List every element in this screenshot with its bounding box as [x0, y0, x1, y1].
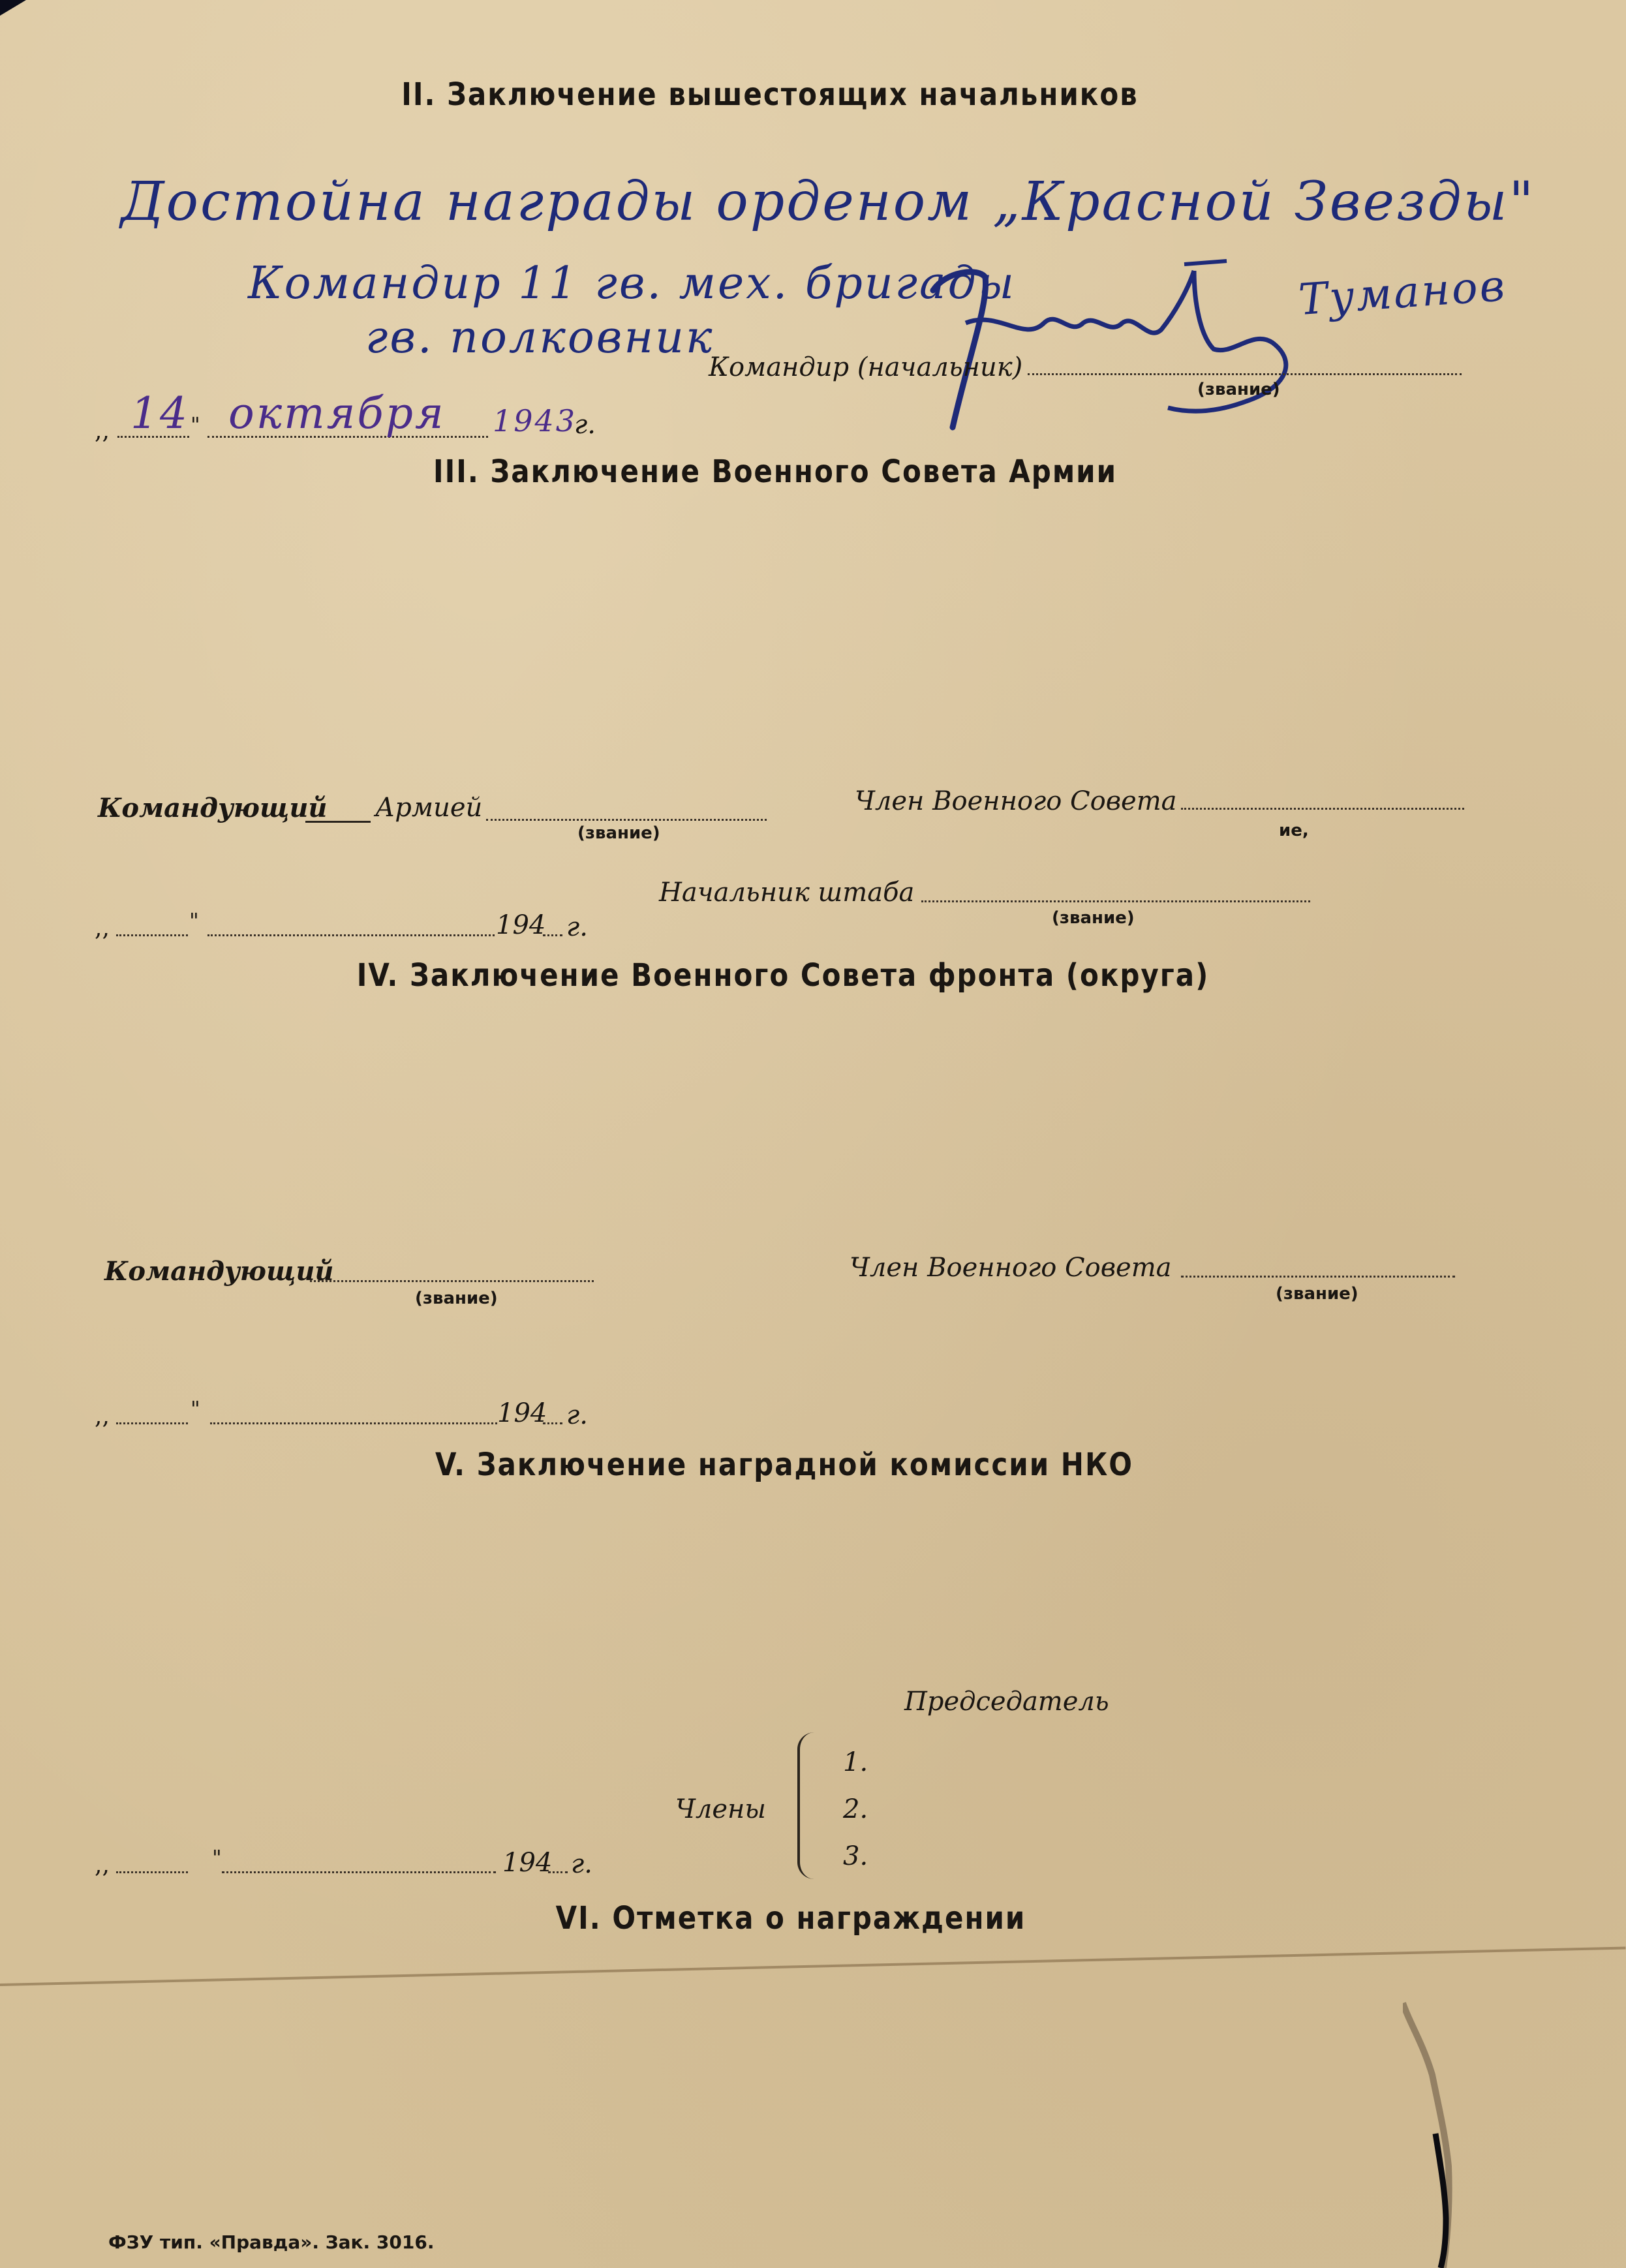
member-3-number: 3. [843, 1841, 868, 1871]
front-council-member-signature-line [1181, 1276, 1455, 1278]
date-open-quote: ,, [95, 1403, 110, 1430]
handwritten-signer-rank: гв. полковник [365, 312, 714, 363]
date-month-line [207, 934, 495, 936]
section-2-heading: II. Заключение вышестоящих начальников [401, 76, 1139, 112]
date-year: 194 [496, 910, 545, 940]
army-number-line [305, 821, 371, 823]
paper-tear [1403, 1984, 1475, 2268]
date-year-line [543, 1422, 562, 1424]
date-day-line [116, 1422, 188, 1424]
commander-rank-caption: (звание) [1197, 380, 1280, 399]
date-day-line [116, 934, 188, 936]
members-label: Члены [675, 1794, 766, 1824]
date-day: 14 [130, 388, 189, 438]
section-3-heading: III. Заключение Военного Совета Армии [433, 453, 1117, 489]
chief-of-staff-rank-caption: (звание) [1052, 908, 1135, 928]
date-suffix: г. [574, 410, 596, 440]
date-day-line [116, 1871, 188, 1873]
date-year-line [548, 1871, 568, 1873]
printer-imprint: ФЗУ тип. «Правда». Зак. 3016. [108, 2231, 434, 2253]
chairman-label: Председатель [904, 1687, 1109, 1717]
date-close-quote: " [189, 908, 199, 933]
date-month-line [210, 1422, 497, 1424]
date-year: 1943 [493, 403, 577, 438]
date-month: октября [228, 388, 446, 438]
council-member-label: Член Военного Совета [855, 786, 1176, 816]
date-suffix: г. [571, 1849, 592, 1879]
signature-icon [829, 251, 1481, 434]
council-member-signature-line [1181, 808, 1464, 810]
army-commander-signature-line [486, 819, 767, 821]
date-close-quote: " [191, 1396, 200, 1421]
commander-label: Командир (начальник) [709, 352, 1022, 382]
front-council-member-rank-caption: (звание) [1276, 1284, 1358, 1304]
chief-of-staff-signature-line [921, 900, 1310, 902]
date-year: 194 [502, 1848, 552, 1878]
date-suffix: г. [566, 912, 588, 942]
section-6-heading: VI. Отметка о награждении [556, 1899, 1026, 1936]
council-member-rank-fragment: ие, [1279, 821, 1309, 840]
date-open-quote: ,, [95, 915, 110, 942]
member-1-number: 1. [843, 1747, 868, 1777]
member-2-number: 2. [843, 1794, 868, 1824]
army-commander-rank-caption: (звание) [577, 823, 660, 843]
army-label: Армией [375, 793, 482, 823]
front-commander-rank-caption: (звание) [415, 1289, 498, 1308]
date-year: 194 [497, 1398, 547, 1428]
date-year-line [543, 934, 562, 936]
scan-corner-shadow [0, 0, 26, 16]
commander-signature-line [1028, 373, 1462, 375]
date-month-line [222, 1871, 496, 1873]
army-commander-label: Командующий [98, 793, 328, 823]
date-suffix: г. [566, 1400, 588, 1430]
date-open-quote: ,, [95, 418, 110, 444]
date-open-quote: ,, [95, 1852, 110, 1878]
section-4-heading: IV. Заключение Военного Совета фронта (о… [357, 957, 1210, 993]
chief-of-staff-label: Начальник штаба [659, 878, 914, 908]
date-close-quote: " [191, 412, 200, 437]
handwritten-conclusion: Достойна награды орденом „Красной Звезды… [121, 171, 1535, 233]
section-5-heading: V. Заключение наградной комиссии НКО [435, 1446, 1133, 1482]
date-close-quote: " [212, 1845, 222, 1870]
front-commander-signature-line [310, 1280, 594, 1282]
members-brace [797, 1732, 814, 1879]
front-commander-label: Командующий [104, 1256, 334, 1287]
front-council-member-label: Член Военного Совета [850, 1253, 1171, 1283]
